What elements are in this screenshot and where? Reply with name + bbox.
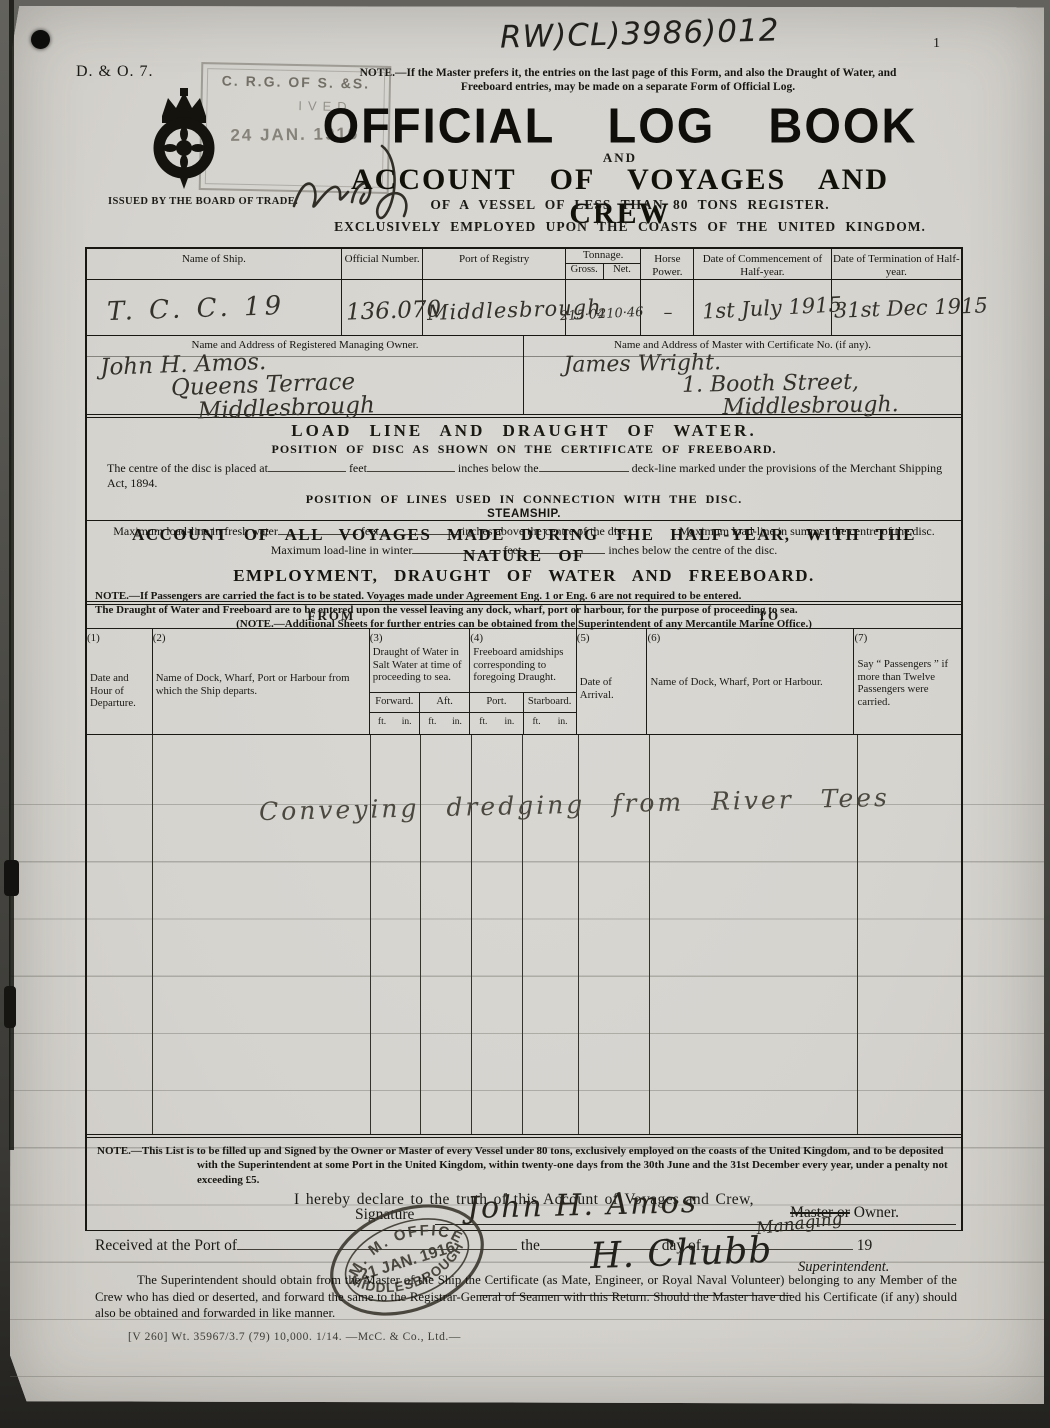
ft-label: ft. bbox=[524, 713, 550, 734]
top-note-line2: Freeboard entries, may be made on a sepa… bbox=[461, 81, 795, 93]
owner-word: Owner. bbox=[854, 1204, 899, 1221]
col2-number: (2) bbox=[153, 632, 369, 644]
ft-label: ft. bbox=[470, 713, 496, 734]
from-header: FROM bbox=[87, 605, 577, 628]
subtitle-vessel: OF A VESSEL OF LESS THAN 80 TONS REGISTE… bbox=[320, 197, 940, 213]
form-code: D. & O. 7. bbox=[76, 63, 154, 81]
top-note-line1: NOTE.—If the Master prefers it, the entr… bbox=[360, 67, 897, 79]
ft-label: ft. bbox=[420, 713, 445, 734]
col-header-ship-name: Name of Ship. bbox=[87, 249, 342, 279]
col-header-termination: Date of Termination of Half-year. bbox=[832, 249, 961, 279]
col1-number: (1) bbox=[87, 632, 152, 644]
col5-label: Date of Arrival. bbox=[577, 674, 647, 701]
ship-table-header-row: Name of Ship. Official Number. Port of R… bbox=[87, 249, 961, 280]
col-header-commencement: Date of Commencement of Half-year. bbox=[694, 249, 831, 279]
load-line-title: LOAD LINE AND DRAUGHT OF WATER. bbox=[87, 421, 961, 441]
board-of-trade-crest-icon bbox=[138, 86, 230, 192]
position-of-disc-heading: POSITION OF DISC AS SHOWN ON THE CERTIFI… bbox=[87, 442, 961, 457]
account-heading-line1: ACCOUNT OF ALL VOYAGES MADE DURING THE H… bbox=[87, 525, 961, 566]
owner-master-row: Name and Address of Registered Managing … bbox=[87, 336, 961, 414]
in-label: in. bbox=[496, 713, 523, 734]
col4-label: Freeboard amidships corresponding to for… bbox=[470, 644, 576, 684]
subtitle-coasts: EXCLUSIVELY EMPLOYED UPON THE COASTS OF … bbox=[320, 219, 940, 235]
declaration-section: NOTE.—This List is to be filled up and S… bbox=[87, 1138, 961, 1233]
ship-name-value: T. C. C. 19 bbox=[107, 291, 286, 327]
received-at-port-line: Received at the Port of the day of 19 bbox=[95, 1237, 965, 1255]
staple-mark bbox=[4, 860, 19, 896]
tonnage-net-label: Net. bbox=[604, 264, 641, 279]
horse-power-value: – bbox=[663, 302, 672, 323]
handwritten-reference: RW)CL)3986)012 bbox=[500, 12, 780, 55]
master-handwriting: James Wright. 1. Booth Street, Middlesbr… bbox=[563, 349, 898, 422]
col3-aft-label: Aft. bbox=[420, 693, 469, 712]
owner-signature: John H. Amos bbox=[467, 1185, 699, 1226]
col-header-port: Port of Registry bbox=[423, 249, 565, 279]
col3-number: (3) bbox=[370, 632, 470, 644]
steamship-label: STEAMSHIP. bbox=[87, 508, 961, 520]
col7-number: (7) bbox=[854, 632, 961, 644]
col2-label: Name of Dock, Wharf, Port or Harbour fro… bbox=[153, 670, 369, 697]
load-line-section: LOAD LINE AND DRAUGHT OF WATER. POSITION… bbox=[87, 418, 961, 521]
owner-handwriting: John H. Amos. Queens Terrace Middlesbrou… bbox=[100, 347, 375, 427]
col4-number: (4) bbox=[470, 632, 576, 644]
ft-label: ft. bbox=[370, 713, 395, 734]
voyage-table-body: Conveying dredging from River Tees bbox=[87, 735, 961, 1134]
col4-starboard-label: Starboard. bbox=[524, 693, 576, 712]
col3-label: Draught of Water in Salt Water at time o… bbox=[370, 644, 470, 684]
ship-table-value-row: T. C. C. 19 136.070 Middlesbrough 215·04… bbox=[87, 280, 961, 335]
master-line: Middlesbrough. bbox=[722, 394, 899, 420]
staple-mark bbox=[4, 986, 16, 1028]
col7-label: Say “ Passengers ” if more than Twelve P… bbox=[854, 656, 961, 709]
to-header: TO bbox=[577, 605, 961, 628]
superintendent-instructions: The Superintendent should obtain from th… bbox=[95, 1272, 957, 1322]
col6-number: (6) bbox=[647, 632, 853, 644]
scan-edge-strip bbox=[9, 0, 14, 1150]
commencement-date-value: 1st July 1915 bbox=[702, 292, 843, 323]
net-tonnage-value: 210·46 bbox=[597, 305, 643, 322]
centre-text: inches below the bbox=[458, 461, 539, 475]
main-title: OFFICIAL LOG BOOK bbox=[320, 97, 920, 154]
col-header-official-number: Official Number. bbox=[342, 249, 424, 279]
from-to-row: FROM TO bbox=[87, 605, 961, 629]
in-label: in. bbox=[445, 713, 470, 734]
tonnage-label: Tonnage. bbox=[566, 249, 641, 264]
col4-port-label: Port. bbox=[470, 693, 523, 712]
issued-by-label: ISSUED BY THE BOARD OF TRADE. bbox=[108, 196, 298, 207]
col6-label: Name of Dock, Wharf, Port or Harbour. bbox=[647, 674, 853, 689]
in-label: in. bbox=[550, 713, 576, 734]
received-text: the bbox=[521, 1237, 540, 1254]
col3-forward-label: Forward. bbox=[370, 693, 420, 712]
col-header-tonnage: Tonnage. Gross. Net. bbox=[566, 249, 642, 279]
main-form: Name of Ship. Official Number. Port of R… bbox=[85, 247, 963, 1231]
page-number: 1 bbox=[933, 36, 940, 52]
print-code-footer: [V 260] Wt. 35967/3.7 (79) 10,000. 1/14.… bbox=[128, 1331, 461, 1343]
received-text: 19 bbox=[857, 1237, 873, 1254]
account-heading-line2: EMPLOYMENT, DRAUGHT OF WATER AND FREEBOA… bbox=[87, 566, 961, 587]
col1-label: Date and Hour of Departure. bbox=[87, 670, 152, 710]
centre-text: The centre of the disc is placed at bbox=[107, 461, 268, 475]
column-rule bbox=[152, 735, 153, 1134]
voyage-table-header: (1) Date and Hour of Departure. (2) Name… bbox=[87, 629, 961, 735]
col5-number: (5) bbox=[577, 632, 647, 644]
col-header-horse-power: Horse Power. bbox=[641, 249, 694, 279]
signature-row: Signature John H. Amos Master or Owner. … bbox=[87, 1200, 961, 1230]
top-note: NOTE.—If the Master prefers it, the entr… bbox=[318, 66, 938, 95]
received-text: Received at the Port of bbox=[95, 1237, 237, 1254]
position-of-lines-heading: POSITION OF LINES USED IN CONNECTION WIT… bbox=[87, 492, 961, 507]
superintendent-signature: H. Chubb bbox=[589, 1230, 773, 1277]
deposit-note: NOTE.—This List is to be filled up and S… bbox=[97, 1144, 951, 1187]
disc-centre-line: The centre of the disc is placed at feet… bbox=[87, 459, 961, 491]
account-heading-section: ACCOUNT OF ALL VOYAGES MADE DURING THE H… bbox=[87, 521, 961, 601]
in-label: in. bbox=[394, 713, 420, 734]
voyage-entry-handwriting: Conveying dredging from River Tees bbox=[259, 783, 890, 826]
tonnage-gross-label: Gross. bbox=[566, 264, 604, 279]
centre-text: feet bbox=[349, 461, 367, 475]
hole-punch-mark bbox=[31, 30, 50, 49]
